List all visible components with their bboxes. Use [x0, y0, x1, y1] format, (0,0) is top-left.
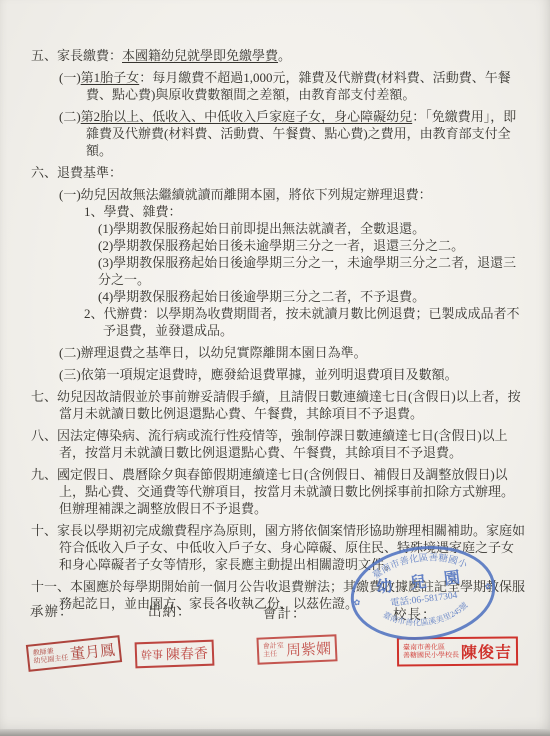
section-6-item-3: (三)依第一項規定退費時，應發給退費單據，並列明退費項目及數額。: [31, 366, 526, 383]
refund-rule-2: (2)學期教保服務起始日後未逾學期三分之一者，退還三分之二。: [31, 237, 526, 254]
section-5-suffix: 。: [278, 48, 291, 63]
accountant-label: 會計：: [263, 602, 307, 622]
section-5-item-1: (一)第1胎子女：每月繳費不超過1,000元，雜費及代辦費(材料費、活動費、午餐…: [31, 69, 526, 103]
handler-label: 承辦：: [30, 600, 74, 620]
section-7: 七、幼兒因故請假並於事前辦妥請假手續，且請假日數連續達七日(含假日)以上者，按當…: [31, 388, 526, 422]
cashier-label: 出納：: [148, 600, 192, 620]
section-5: 五、家長繳費：本國籍幼兒就學即免繳學費。: [31, 47, 526, 64]
scanned-document-page: 五、家長繳費：本國籍幼兒就學即免繳學費。 (一)第1胎子女：每月繳費不超過1,0…: [0, 0, 550, 736]
flower-icon: ✿: [484, 582, 492, 592]
section-6-item-2: (二)辦理退費之基準日，以幼兒實際離開本園日為準。: [31, 344, 526, 361]
accountant-name-stamp: 會計室 主任 周紫嫻: [256, 634, 337, 664]
cashier-name-stamp: 幹事 陳春香: [135, 640, 215, 669]
section-5-underlined: 本國籍幼兒就學即免繳學費: [122, 48, 278, 63]
scan-bottom-edge: [0, 729, 550, 736]
handler-name-stamp: 教師兼 幼兒園主任 董月鳳: [26, 635, 122, 672]
refund-rule-4: (4)學期教保服務起始日後逾學期三分之二者，不予退費。: [31, 288, 526, 305]
section-8: 八、因法定傳染病、流行病或流行性疫情等，強制停課日數連續達七日(含假日)以上者，…: [31, 427, 526, 461]
section-9: 九、國定假日、農曆除夕與春節假期連續達七日(含例假日、補假日及調整放假日)以上，…: [31, 466, 526, 517]
kindergarten-oval-stamp: 臺南市善化區善糖國小 幼 兒 園 電話:06-5817304 臺南市善化區溪美里…: [343, 535, 504, 651]
section-5-item-2: (二)第2胎以上、低收入、中低收入戶家庭子女，身心障礙幼兒：「免繳費用」，即雜費…: [31, 108, 526, 159]
section-6: 六、退費基準：: [31, 164, 526, 181]
section-6-item-1-sub-1: 1、學費、雜費：: [31, 203, 526, 220]
flower-icon: ✿: [353, 598, 361, 608]
section-6-item-1-sub-2: 2、代辦費：以學期為收費期間者，按未就讀月數比例退費；已製成成品者不予退費，並發…: [31, 305, 526, 339]
section-6-item-1: (一)幼兒因故無法繼續就讀而離開本園，將依下列規定辦理退費：: [31, 186, 526, 203]
refund-rule-1: (1)學期教保服務起始日前即提出無法就讀者，全數退還。: [31, 220, 526, 237]
refund-rule-3: (3)學期教保服務起始日後逾學期三分之一，未逾學期三分之二者，退還三分之一。: [31, 254, 526, 288]
section-5-prefix: 五、家長繳費：: [31, 48, 122, 63]
document-body: 五、家長繳費：本國籍幼兒就學即免繳學費。 (一)第1胎子女：每月繳費不超過1,0…: [31, 47, 526, 612]
